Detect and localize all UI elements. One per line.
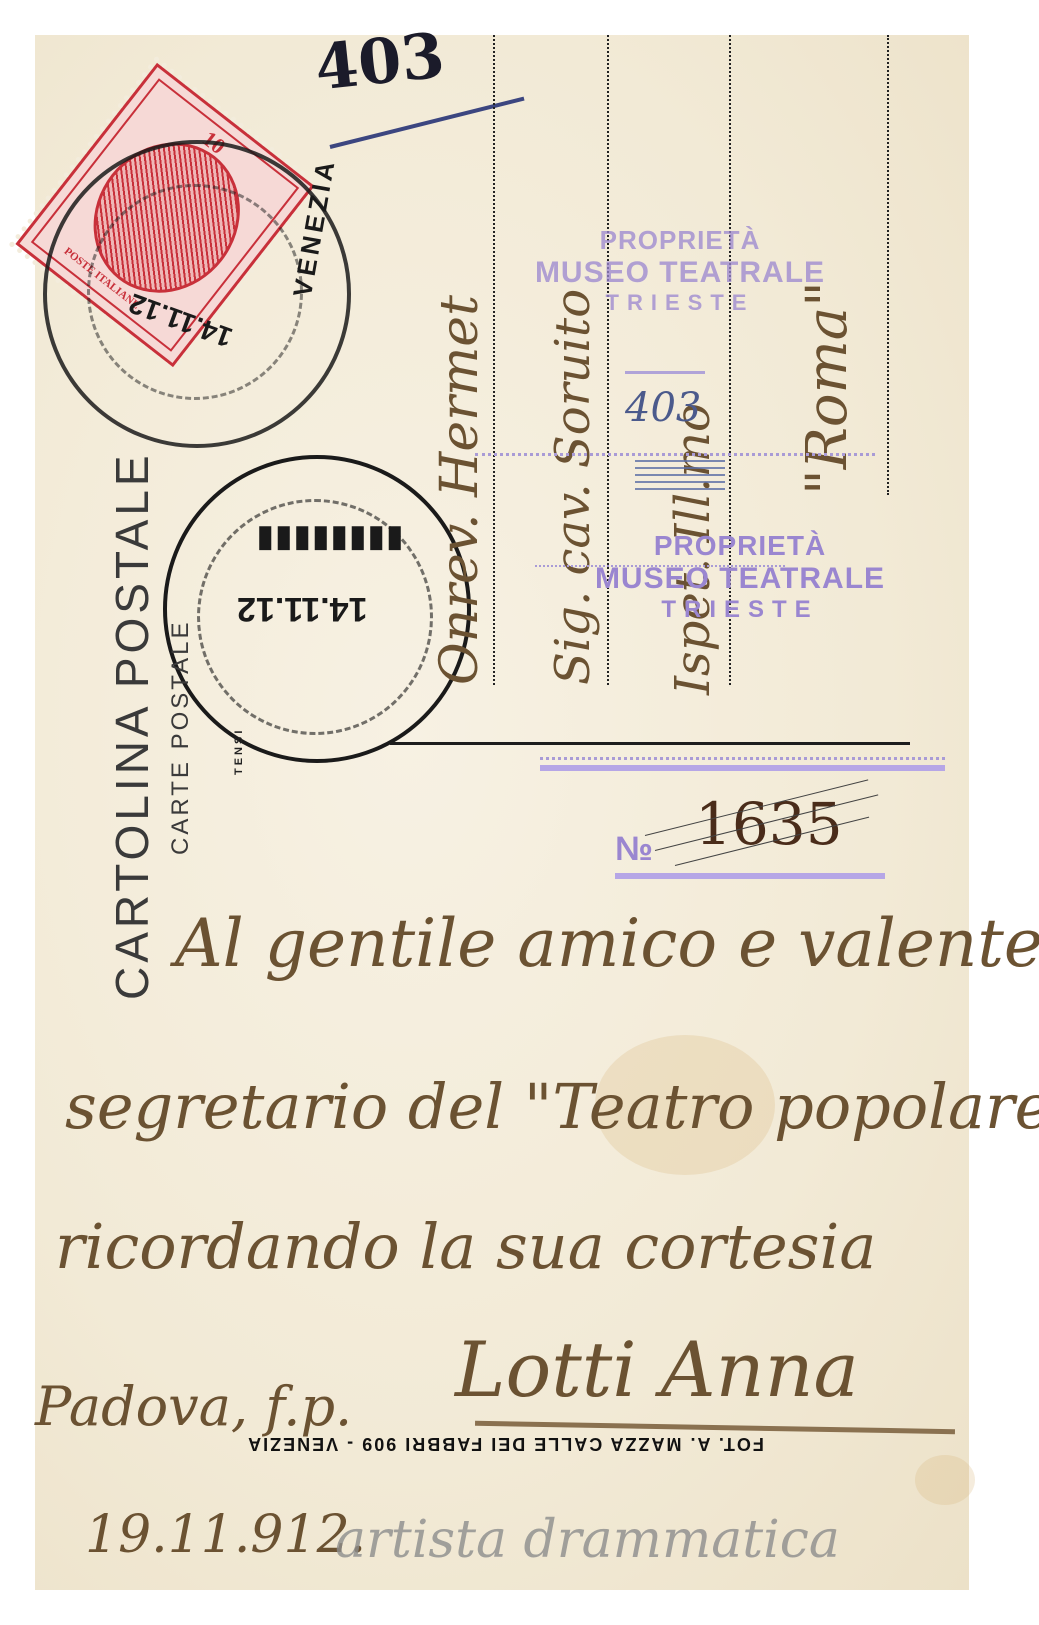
paper-stain: [915, 1455, 975, 1505]
address-baseline: [390, 742, 910, 745]
museum-stamp-line: PROPRIETÀ: [505, 225, 855, 256]
blue-scribble: [635, 460, 725, 490]
violet-rule: [540, 765, 945, 771]
postmark-date: 14.11.12: [237, 589, 367, 628]
message-line-2: segretario del "Teatro popolare": [65, 1070, 1039, 1143]
stamp-rule: [475, 453, 875, 456]
underline-stroke: [330, 97, 525, 149]
signature: Lotti Anna: [455, 1325, 859, 1414]
postmark-city: VENEZIA: [287, 155, 342, 299]
museum-stamp-line: MUSEO TEATRALE: [565, 562, 915, 596]
publisher-imprint: FOT. A. MAZZA CALLE DEI FABBRI 909 - VEN…: [145, 1433, 865, 1454]
address-divider: [887, 35, 889, 495]
stamp-rule: [625, 371, 705, 374]
address-divider: [493, 35, 495, 685]
museum-stamp-line: TRIESTE: [505, 290, 855, 316]
message-line-1: Al gentile amico e valente: [175, 905, 1039, 982]
inventory-prefix: №: [615, 830, 654, 869]
violet-rule: [615, 873, 885, 879]
postmark-venezia-2: 14.11.12 ▮▮▮▮▮▮▮▮: [163, 455, 471, 763]
museum-stamp-line: PROPRIETÀ: [565, 530, 915, 562]
violet-rule: [540, 757, 945, 760]
pencil-note: artista drammatica: [335, 1510, 840, 1570]
archive-number-top: 403: [312, 18, 448, 104]
museum-stamp-1: PROPRIETÀ MUSEO TEATRALE TRIESTE: [505, 225, 855, 316]
inventory-number: 1635: [695, 790, 843, 858]
address-line-2: Sig. cav. Soruito: [545, 289, 601, 685]
archive-number-blue: 403: [625, 385, 701, 431]
postmark-venezia-1: 14.11.12 VENEZIA: [43, 140, 351, 448]
date: 19.11.912.: [85, 1505, 366, 1565]
stamp-rule: [535, 565, 785, 567]
postmark-bars: ▮▮▮▮▮▮▮▮: [257, 519, 405, 554]
museum-stamp-line: TRIESTE: [565, 596, 915, 624]
printed-heading-carte-postale: CARTE POSTALE: [167, 620, 195, 856]
place: Padova, f.p.: [35, 1375, 352, 1438]
message-line-3: ricordando la sua cortesia: [55, 1210, 876, 1283]
postmark-inner-ring: [87, 184, 303, 400]
museum-stamp-line: MUSEO TEATRALE: [505, 256, 855, 290]
postcard: 403 10 POSTE ITALIANE 14.11.12 VENEZIA 1…: [35, 35, 969, 1590]
address-line-1: Onrev. Hermet: [430, 295, 490, 685]
museum-stamp-2: PROPRIETÀ MUSEO TEATRALE TRIESTE: [565, 530, 915, 624]
printed-small-text: TENSI: [233, 728, 245, 775]
printed-heading-cartolina-postale: CARTOLINA POSTALE: [105, 451, 159, 1000]
